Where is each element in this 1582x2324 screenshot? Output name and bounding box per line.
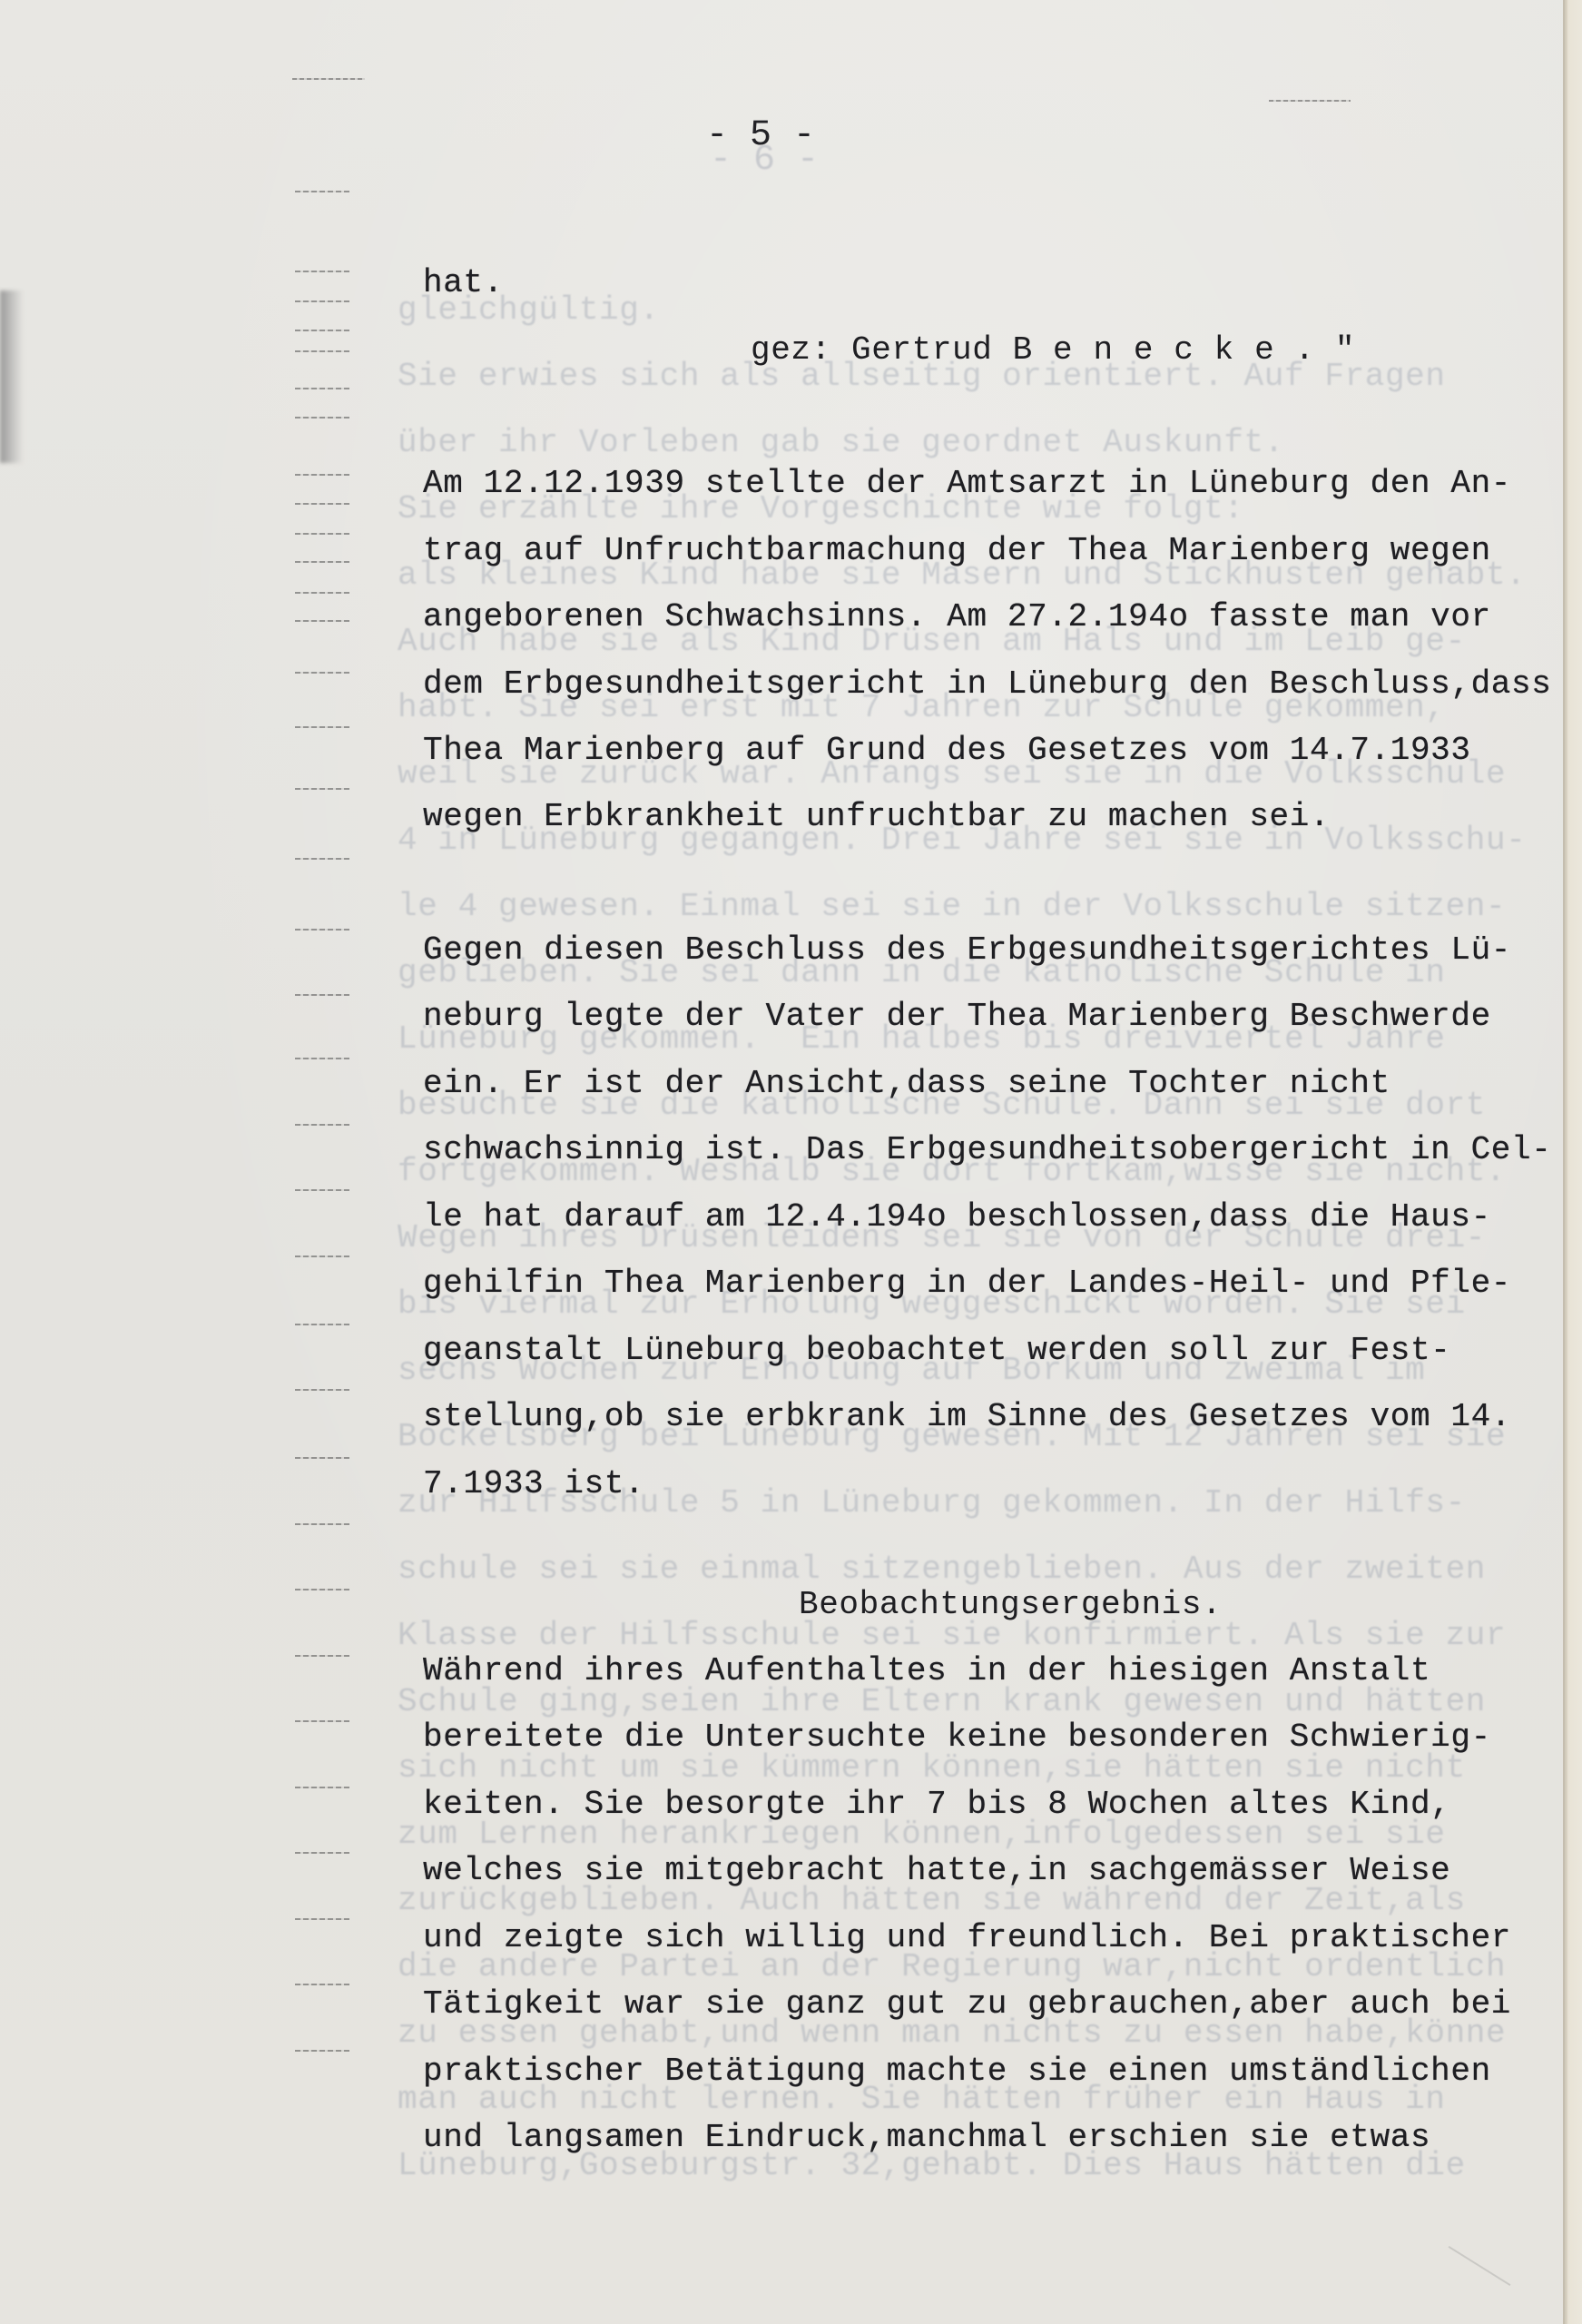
margin-tick-mark (295, 1589, 349, 1590)
text-line: angeborenen Schwachsinns. Am 27.2.194o f… (423, 599, 1491, 635)
margin-tick-mark (295, 330, 349, 331)
margin-tick-mark (295, 858, 349, 860)
text-line: gehilfin Thea Marienberg in der Landes-H… (423, 1265, 1511, 1302)
text-line: ein. Er ist der Ansicht,dass seine Tocht… (423, 1066, 1390, 1102)
text-line: Thea Marienberg auf Grund des Gesetzes v… (423, 733, 1471, 769)
document-page: - 6 - gleichgültig. Sie erwies sich als … (0, 0, 1582, 2324)
margin-tick-mark (295, 533, 349, 535)
margin-tick-mark (295, 503, 349, 505)
page-binding-edge (1563, 0, 1582, 2324)
text-line: trag auf Unfruchtbarmachung der Thea Mar… (423, 533, 1491, 569)
ghost-line: le 4 gewesen. Einmal sei sie in der Volk… (398, 889, 1506, 925)
margin-tick-mark (295, 620, 349, 622)
margin-tick-mark (295, 1189, 349, 1191)
text-line: schwachsinnig ist. Das Erbgesundheitsobe… (423, 1132, 1551, 1168)
margin-tick-mark (295, 2050, 349, 2052)
text-line: keiten. Sie besorgte ihr 7 bis 8 Wochen … (423, 1787, 1450, 1823)
margin-tick-mark (295, 592, 349, 594)
page-number: - 5 - (706, 116, 815, 156)
margin-tick-mark (295, 1058, 349, 1059)
text-line: neburg legte der Vater der Thea Marienbe… (423, 999, 1491, 1035)
text-line: dem Erbgesundheitsgericht in Lüneburg de… (423, 666, 1551, 703)
margin-tick-mark (295, 672, 349, 674)
margin-tick-mark (295, 271, 349, 272)
text-line: Am 12.12.1939 stellte der Amtsarzt in Lü… (423, 466, 1511, 502)
signature-line: gez: Gertrud B e n e c k e . " (751, 332, 1355, 369)
text-line: und zeigte sich willig und freundlich. B… (423, 1920, 1511, 1956)
page-edge-line (1563, 0, 1565, 2324)
text-line: bereitete die Untersuchte keine besonder… (423, 1719, 1491, 1756)
paper-scratch (1449, 2246, 1511, 2286)
margin-tick-mark (295, 1655, 349, 1657)
text-line: geanstalt Lüneburg beobachtet werden sol… (423, 1333, 1450, 1369)
margin-tick-mark (295, 1324, 349, 1325)
ghost-line: schule sei sie einmal sitzengeblieben. A… (398, 1551, 1486, 1588)
text-line: stellung,ob sie erbkrank im Sinne des Ge… (423, 1399, 1511, 1435)
opening-line: hat. (423, 265, 504, 301)
text-line: le hat darauf am 12.4.194o beschlossen,d… (423, 1199, 1491, 1236)
margin-tick-mark (295, 1389, 349, 1391)
margin-tick-mark (295, 388, 349, 389)
text-line: Tätigkeit war sie ganz gut zu gebrauchen… (423, 1986, 1511, 2023)
margin-tick-mark (1269, 100, 1351, 102)
ghost-line: sich nicht um sie kümmern können,sie hät… (398, 1750, 1466, 1787)
text-line: Während ihres Aufenthaltes in der hiesig… (423, 1653, 1430, 1689)
margin-tick-mark (295, 300, 349, 302)
margin-tick-mark (295, 1787, 349, 1788)
margin-tick-mark (295, 350, 349, 352)
ghost-line: Klasse der Hilfsschule sei sie konfirmie… (398, 1618, 1506, 1654)
margin-tick-mark (295, 1124, 349, 1126)
margin-tick-mark (295, 191, 349, 192)
text-line: welches sie mitgebracht hatte,in sachgem… (423, 1853, 1450, 1889)
margin-tick-mark (295, 1457, 349, 1459)
margin-tick-mark (295, 994, 349, 996)
margin-tick-mark (295, 726, 349, 728)
text-line: 7.1933 ist. (423, 1466, 644, 1502)
ghost-line: über ihr Vorleben gab sie geordnet Ausku… (398, 425, 1284, 461)
section-heading: Beobachtungsergebnis. (799, 1587, 1222, 1623)
text-line: Gegen diesen Beschluss des Erbgesundheit… (423, 932, 1511, 969)
margin-tick-mark (295, 1852, 349, 1854)
margin-tick-mark (295, 561, 349, 563)
margin-tick-mark (295, 1918, 349, 1920)
text-line: und langsamen Eindruck,manchmal erschien… (423, 2120, 1430, 2156)
margin-tick-mark (295, 1984, 349, 1985)
text-line: praktischer Betätigung machte sie einen … (423, 2053, 1491, 2090)
margin-tick-mark (295, 1256, 349, 1257)
margin-tick-mark (295, 788, 349, 790)
margin-tick-mark (295, 1720, 349, 1722)
margin-tick-mark (295, 1523, 349, 1525)
scan-shadow-left (0, 290, 24, 463)
margin-tick-mark (295, 417, 349, 419)
margin-tick-mark (295, 929, 349, 931)
margin-tick-mark (295, 474, 349, 476)
margin-tick-mark (292, 78, 365, 80)
text-line: wegen Erbkrankheit unfruchtbar zu machen… (423, 799, 1330, 835)
ghost-line: Schule ging,seien ihre Eltern krank gewe… (398, 1684, 1486, 1720)
